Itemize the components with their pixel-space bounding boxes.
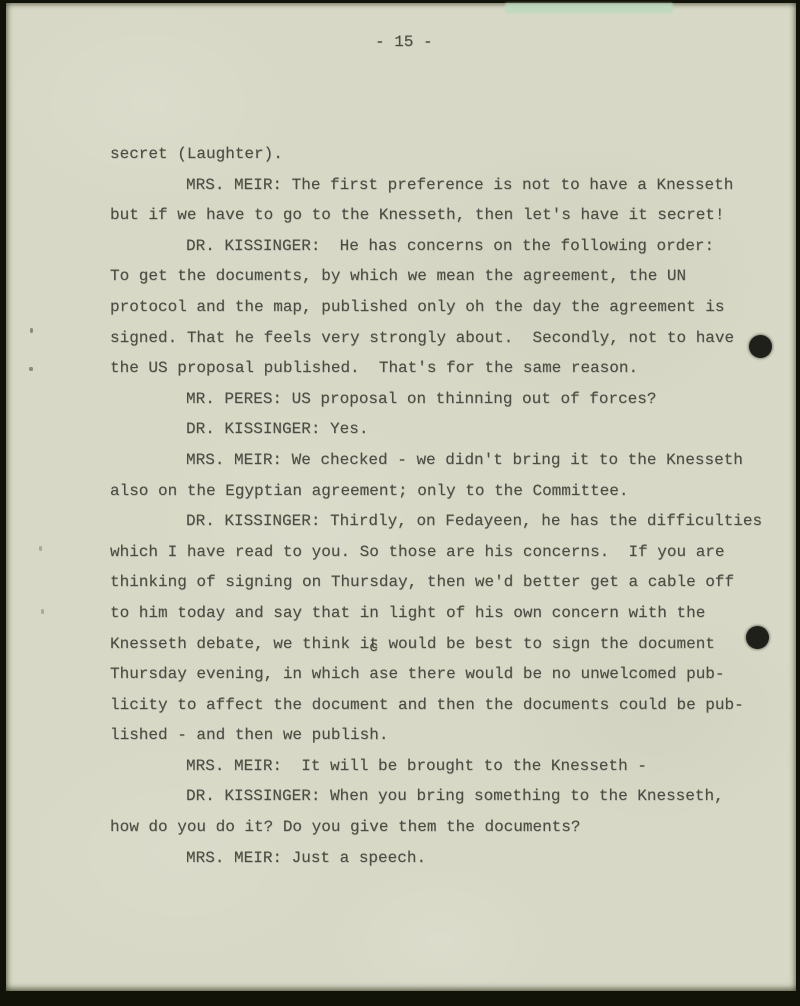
text-line: the US proposal published. That's for th… xyxy=(110,353,778,384)
text-line-with-correction: Thursday evening, in which case there wo… xyxy=(110,659,778,690)
text-line: MRS. MEIR: It will be brought to the Kne… xyxy=(110,751,778,782)
ink-speck xyxy=(30,328,33,333)
scanned-document-page: { "page": { "number_label": "- 15 -", "c… xyxy=(0,0,800,1006)
inserted-correction-char: c xyxy=(369,633,378,664)
text-line: MRS. MEIR: The first preference is not t… xyxy=(110,170,778,201)
text-line: licity to affect the document and then t… xyxy=(110,690,778,721)
text-line: which I have read to you. So those are h… xyxy=(110,537,778,568)
text-line: thinking of signing on Thursday, then we… xyxy=(110,567,778,598)
text-line: DR. KISSINGER: He has concerns on the fo… xyxy=(110,231,778,262)
text-line: Knesseth debate, we think it would be be… xyxy=(110,629,778,660)
hole-punch-dot-upper xyxy=(749,335,772,358)
text-line: also on the Egyptian agreement; only to … xyxy=(110,476,778,507)
text-line: how do you do it? Do you give them the d… xyxy=(110,812,778,843)
text-line: protocol and the map, published only oh … xyxy=(110,292,778,323)
text-line: to him today and say that in light of hi… xyxy=(110,598,778,629)
text-segment: Thursday evening, in which xyxy=(110,665,369,683)
text-line: secret (Laughter). xyxy=(110,139,778,170)
ink-speck xyxy=(41,609,44,614)
transcript-block: secret (Laughter). MRS. MEIR: The first … xyxy=(110,139,778,873)
text-line: MRS. MEIR: We checked - we didn't bring … xyxy=(110,445,778,476)
hole-punch-dot-lower xyxy=(746,626,769,649)
text-line: MR. PERES: US proposal on thinning out o… xyxy=(110,384,778,415)
text-line: DR. KISSINGER: Yes. xyxy=(110,414,778,445)
ink-speck xyxy=(29,367,33,371)
text-line: To get the documents, by which we mean t… xyxy=(110,261,778,292)
text-line: but if we have to go to the Knesseth, th… xyxy=(110,200,778,231)
page-number: - 15 - xyxy=(375,33,433,51)
text-line: MRS. MEIR: Just a speech. xyxy=(110,843,778,874)
ink-speck xyxy=(39,546,42,551)
text-segment: ase there would be no unwelcomed pub- xyxy=(369,665,724,683)
scan-highlight-band xyxy=(505,3,673,13)
text-line: DR. KISSINGER: When you bring something … xyxy=(110,781,778,812)
text-line: DR. KISSINGER: Thirdly, on Fedayeen, he … xyxy=(110,506,778,537)
text-line: lished - and then we publish. xyxy=(110,720,778,751)
text-line: signed. That he feels very strongly abou… xyxy=(110,323,778,354)
